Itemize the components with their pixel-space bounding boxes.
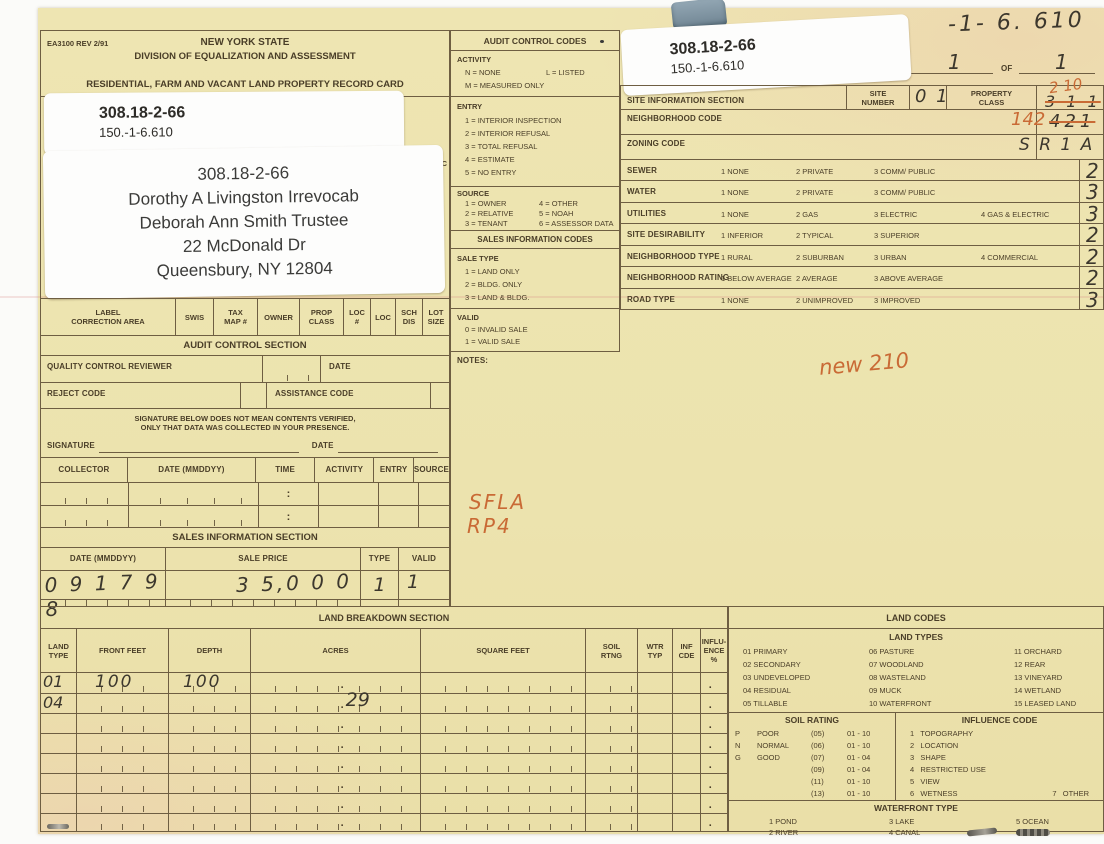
reject-cell: REJECT CODE bbox=[41, 383, 241, 408]
qcr-cell: QUALITY CONTROL REVIEWER bbox=[41, 356, 263, 382]
source-cell bbox=[419, 506, 449, 527]
collector-table: COLLECTOR DATE (MMDDYY) TIME ACTIVITY EN… bbox=[40, 457, 450, 528]
row-option: 4 COMMERCIAL bbox=[981, 253, 1038, 262]
date-cell bbox=[129, 483, 259, 505]
depth-cell bbox=[169, 814, 251, 831]
decimal-point: . bbox=[341, 699, 344, 711]
decimal-point: . bbox=[709, 739, 712, 751]
depth-cell bbox=[169, 734, 251, 753]
influence-cell: . bbox=[701, 734, 727, 753]
state-title: NEW YORK STATE bbox=[41, 37, 449, 48]
row-option: 2 PRIVATE bbox=[796, 188, 833, 197]
divider bbox=[1079, 267, 1080, 287]
divider bbox=[1079, 160, 1080, 180]
soil-cell bbox=[586, 673, 638, 693]
soil-cell: (09) bbox=[811, 765, 824, 774]
row-option: 4 GAS & ELECTRIC bbox=[981, 210, 1049, 219]
acres-cell: . bbox=[251, 794, 421, 813]
influence-code-block: INFLUENCE CODE 1 TOPOGRAPHY 2 LOCATION 3… bbox=[896, 713, 1103, 800]
influence-cell: . bbox=[701, 774, 727, 793]
correction-header-schdis: SCH DIS bbox=[396, 299, 423, 335]
correction-header-taxmap: TAX MAP # bbox=[214, 299, 258, 335]
soil-cell: 01 - 10 bbox=[847, 729, 870, 738]
activity-col: ACTIVITY bbox=[315, 458, 374, 482]
signature-note-box: SIGNATURE BELOW DOES NOT MEAN CONTENTS V… bbox=[40, 408, 450, 458]
zoning-code-row: ZONING CODE S R 1 A bbox=[621, 134, 1103, 159]
activity-cell bbox=[319, 506, 379, 527]
activity-item: L = LISTED bbox=[546, 68, 585, 77]
front-feet-cell bbox=[77, 794, 169, 813]
source-cell bbox=[419, 483, 449, 505]
time-cell: : bbox=[259, 483, 319, 505]
front-feet-cell bbox=[77, 754, 169, 773]
soil-cell: 01 - 04 bbox=[847, 753, 870, 762]
front-feet-cell: 100 bbox=[77, 673, 169, 693]
land-row: 01 100 100 . . bbox=[41, 673, 727, 693]
neighborhood-code-new: 142 bbox=[1011, 109, 1045, 130]
sale-valid-col: VALID bbox=[399, 548, 449, 570]
row-option: 1 NONE bbox=[721, 210, 749, 219]
sales-data-row: 0 9 1 7 9 8 3 5,0 0 0 1 1 bbox=[41, 570, 449, 599]
parcel-id: 308.18-2-66 bbox=[44, 91, 404, 124]
land-type-cell bbox=[41, 814, 77, 831]
soil-cell: (11) bbox=[811, 777, 824, 786]
site-option-row: UTILITIES 1 NONE 2 GAS 3 ELECTRIC 4 GAS … bbox=[621, 202, 1103, 223]
col-label: CORRECTION AREA bbox=[71, 317, 144, 326]
soil-rtng-col: SOIL RTNG bbox=[586, 629, 638, 672]
acres-cell: . bbox=[251, 774, 421, 793]
row-option: 2 GAS bbox=[796, 210, 818, 219]
sale-type-item: 3 = LAND & BLDG. bbox=[465, 293, 529, 302]
decimal-point: . bbox=[341, 739, 344, 751]
col-label: TAX bbox=[228, 308, 242, 317]
soil-cell bbox=[586, 714, 638, 733]
acres-cell: . bbox=[251, 754, 421, 773]
land-types-title: LAND TYPES bbox=[729, 629, 1103, 644]
soil-cell bbox=[586, 734, 638, 753]
acres-cell: . bbox=[251, 673, 421, 693]
card-number-value: 1 bbox=[948, 50, 961, 74]
valid-label: VALID bbox=[457, 313, 479, 322]
valid-item: 0 = INVALID SALE bbox=[465, 325, 528, 334]
signature-date-label: DATE bbox=[312, 441, 334, 450]
qcr-date-cell: DATE bbox=[321, 356, 449, 382]
entry-item: 1 = INTERIOR INSPECTION bbox=[465, 116, 561, 125]
decimal-point: . bbox=[341, 679, 344, 691]
wtr-cell bbox=[638, 694, 673, 713]
label-line: INFLU- bbox=[702, 637, 727, 646]
sale-date-col: DATE (MMDDYY) bbox=[41, 548, 166, 570]
col-label: MAP # bbox=[224, 317, 247, 326]
row-option: 3 IMPROVED bbox=[874, 296, 920, 305]
label-line: CDE bbox=[679, 651, 695, 660]
activity-label: ACTIVITY bbox=[457, 55, 491, 64]
land-types-block: LAND TYPES 01 PRIMARY 02 SECONDARY 03 UN… bbox=[729, 629, 1103, 713]
row-option: 2 SUBURBAN bbox=[796, 253, 844, 262]
decimal-point: . bbox=[709, 719, 712, 731]
label-line: INF bbox=[680, 642, 692, 651]
row-value: 3 bbox=[1086, 202, 1099, 226]
site-info-title: SITE INFORMATION SECTION bbox=[627, 96, 744, 106]
soil-rating-block: SOIL RATING PPOOR(05)01 - 10 NNORMAL(06)… bbox=[729, 713, 896, 800]
influence-cell: . bbox=[701, 754, 727, 773]
site-info-panel: SITE INFORMATION SECTION SITE NUMBER 0 1… bbox=[620, 85, 1104, 310]
land-type-item: 13 VINEYARD bbox=[1014, 673, 1062, 682]
inf-cell bbox=[673, 794, 701, 813]
influence-item: 6 WETNESS bbox=[910, 789, 958, 798]
acres-col: ACRES bbox=[251, 629, 421, 672]
parcel-alt-id: 150.-1-6.610 bbox=[44, 121, 404, 141]
neighborhood-code-label: NEIGHBORHOOD CODE bbox=[627, 114, 722, 124]
acres-cell: . bbox=[251, 714, 421, 733]
soil-cell: (06) bbox=[811, 741, 824, 750]
collector-header-row: COLLECTOR DATE (MMDDYY) TIME ACTIVITY EN… bbox=[41, 458, 449, 482]
influence-item: 1 TOPOGRAPHY bbox=[910, 729, 973, 738]
site-option-row: NEIGHBORHOOD TYPE 1 RURAL 2 SUBURBAN 3 U… bbox=[621, 245, 1103, 266]
square-feet-cell bbox=[421, 734, 586, 753]
row-value: 2 bbox=[1086, 223, 1099, 247]
land-breakdown-title: LAND BREAKDOWN SECTION bbox=[41, 607, 727, 629]
land-row: 04 . 29 . bbox=[41, 693, 727, 713]
collector-col: COLLECTOR bbox=[41, 458, 128, 482]
depth-cell bbox=[169, 794, 251, 813]
wtr-cell bbox=[638, 754, 673, 773]
waterfront-item: 1 POND bbox=[769, 817, 797, 826]
land-type-item: 12 REAR bbox=[1014, 660, 1045, 669]
correction-header-propclass: PROP CLASS bbox=[300, 299, 344, 335]
date-cell bbox=[129, 506, 259, 527]
decimal-point: . bbox=[341, 817, 344, 829]
sale-type-codes: SALE TYPE 1 = LAND ONLY 2 = BLDG. ONLY 3… bbox=[451, 249, 619, 309]
row-option: 1 NONE bbox=[721, 188, 749, 197]
entry-col: ENTRY bbox=[374, 458, 413, 482]
activity-item: M = MEASURED ONLY bbox=[465, 81, 544, 90]
front-feet-cell bbox=[77, 774, 169, 793]
notes-label: NOTES: bbox=[457, 356, 488, 366]
entry-codes: ENTRY 1 = INTERIOR INSPECTION 2 = INTERI… bbox=[451, 97, 619, 187]
sale-valid-value: 1 bbox=[399, 571, 449, 599]
site-option-row: ROAD TYPE 1 NONE 2 UNIMPROVED 3 IMPROVED… bbox=[621, 288, 1103, 309]
sale-type-item: 2 = BLDG. ONLY bbox=[465, 280, 522, 289]
influence-cell: . bbox=[701, 794, 727, 813]
wtr-cell bbox=[638, 774, 673, 793]
row-option: 3 ABOVE AVERAGE bbox=[874, 274, 943, 283]
influence-cell: . bbox=[701, 694, 727, 713]
quality-control-row: QUALITY CONTROL REVIEWER DATE bbox=[40, 355, 450, 383]
influence-item-other: 7 OTHER bbox=[1052, 789, 1089, 798]
acres-cell: . bbox=[251, 734, 421, 753]
row-label: NEIGHBORHOOD TYPE bbox=[627, 252, 720, 262]
sales-section-title: SALES INFORMATION SECTION bbox=[40, 527, 450, 548]
decimal-point: . bbox=[341, 719, 344, 731]
label-line: SITE bbox=[870, 89, 887, 98]
decimal-point: . bbox=[709, 699, 712, 711]
audit-control-section-title: AUDIT CONTROL SECTION bbox=[40, 335, 450, 356]
divider bbox=[1036, 86, 1037, 109]
correction-header-swis: SWIS bbox=[176, 299, 214, 335]
assistance-cell: ASSISTANCE CODE bbox=[267, 383, 431, 408]
row-label: WATER bbox=[627, 187, 656, 197]
land-type-item: 07 WOODLAND bbox=[869, 660, 924, 669]
label-line: NUMBER bbox=[862, 98, 895, 107]
col-label: PROP bbox=[311, 308, 332, 317]
wtr-cell bbox=[638, 673, 673, 693]
land-breakdown-panel: LAND BREAKDOWN SECTION LAND TYPE FRONT F… bbox=[40, 606, 728, 832]
land-type-cell bbox=[41, 774, 77, 793]
soil-cell: GOOD bbox=[757, 753, 780, 762]
land-type-item: 09 MUCK bbox=[869, 686, 902, 695]
influence-cell: . bbox=[701, 814, 727, 831]
inf-cell bbox=[673, 774, 701, 793]
row-option: 1 NONE bbox=[721, 296, 749, 305]
notes-handwriting-new210: new 210 bbox=[818, 348, 910, 380]
soil-cell bbox=[586, 774, 638, 793]
soil-cell bbox=[586, 794, 638, 813]
acres-cell: . bbox=[251, 814, 421, 831]
label-correction-row: LABEL CORRECTION AREA SWIS TAX MAP # OWN… bbox=[40, 298, 450, 336]
waterfront-block: WATERFRONT TYPE 1 POND 2 RIVER 3 LAKE 4 … bbox=[729, 801, 1103, 831]
label-line: PROPERTY bbox=[971, 89, 1012, 98]
divider bbox=[1079, 181, 1080, 201]
correction-header-lotsize: LOT SIZE bbox=[423, 299, 449, 335]
signature-line bbox=[99, 452, 299, 453]
front-feet-cell bbox=[77, 714, 169, 733]
waterfront-title: WATERFRONT TYPE bbox=[729, 801, 1103, 813]
activity-item: N = NONE bbox=[465, 68, 501, 77]
waterfront-item: 5 OCEAN bbox=[1016, 817, 1049, 826]
land-row-empty: .. bbox=[41, 813, 727, 831]
land-codes-panel: LAND CODES LAND TYPES 01 PRIMARY 02 SECO… bbox=[728, 606, 1104, 832]
sales-header-row: DATE (MMDDYY) SALE PRICE TYPE VALID bbox=[41, 548, 449, 570]
land-type-cell bbox=[41, 714, 77, 733]
correction-header-loc: LOC bbox=[371, 299, 396, 335]
row-value: 3 bbox=[1086, 180, 1099, 204]
neighborhood-code-old: 421 bbox=[1049, 111, 1095, 132]
row-value: 3 bbox=[1086, 288, 1099, 312]
mailing-line: Dorothy A Livingston Irrevocab bbox=[128, 184, 359, 212]
influence-item: 5 VIEW bbox=[910, 777, 940, 786]
mailing-line: 22 McDonald Dr bbox=[183, 233, 306, 259]
wtr-cell bbox=[638, 734, 673, 753]
correction-header-locnum: LOC # bbox=[344, 299, 371, 335]
land-type-item: 01 PRIMARY bbox=[743, 647, 787, 656]
land-type-item: 15 LEASED LAND bbox=[1014, 699, 1076, 708]
source-item: 3 = TENANT bbox=[465, 219, 508, 228]
land-type-value: 01 bbox=[41, 673, 77, 693]
label-line: RTNG bbox=[601, 651, 622, 660]
land-type-cell bbox=[41, 734, 77, 753]
mailing-line: 308.18-2-66 bbox=[197, 161, 289, 186]
time-cell: : bbox=[259, 506, 319, 527]
row-option: 2 UNIMPROVED bbox=[796, 296, 853, 305]
row-option: 1 RURAL bbox=[721, 253, 753, 262]
waterfront-item: 4 CANAL bbox=[889, 828, 920, 837]
activity-codes: ACTIVITY N = NONE L = LISTED M = MEASURE… bbox=[451, 51, 619, 97]
square-feet-cell bbox=[421, 814, 586, 831]
square-feet-cell bbox=[421, 754, 586, 773]
decimal-point: . bbox=[709, 759, 712, 771]
land-row-empty: .. bbox=[41, 773, 727, 793]
site-option-row: SEWER 1 NONE 2 PRIVATE 3 COMM/ PUBLIC 2 bbox=[621, 159, 1103, 180]
soil-cell: 01 - 04 bbox=[847, 765, 870, 774]
inf-cell bbox=[673, 754, 701, 773]
label-line: SOIL bbox=[603, 642, 621, 651]
col-label: LOC bbox=[349, 308, 365, 317]
collector-data-row: : bbox=[41, 505, 449, 527]
soil-cell: 01 - 10 bbox=[847, 741, 870, 750]
decimal-point: . bbox=[709, 799, 712, 811]
reject-code-cell bbox=[241, 383, 267, 408]
row-option: 1 BELOW AVERAGE bbox=[721, 274, 792, 283]
entry-cell bbox=[379, 506, 419, 527]
reject-label: REJECT CODE bbox=[47, 389, 106, 399]
entry-item: 2 = INTERIOR REFUSAL bbox=[465, 129, 550, 138]
source-item: 5 = NOAH bbox=[539, 209, 573, 218]
waterfront-item: 2 RIVER bbox=[769, 828, 798, 837]
soil-cell: (13) bbox=[811, 789, 824, 798]
pen-scribble bbox=[967, 827, 997, 836]
row-label: ROAD TYPE bbox=[627, 295, 675, 305]
notes-handwriting-sfla: SFLA bbox=[469, 490, 526, 514]
entry-item: 5 = NO ENTRY bbox=[465, 168, 516, 177]
corner-parcel-handwriting: -1- 6. 610 bbox=[948, 8, 1086, 38]
depth-cell: 100 bbox=[169, 673, 251, 693]
land-type-item: 10 WATERFRONT bbox=[869, 699, 932, 708]
inf-cde-col: INF CDE bbox=[673, 629, 701, 672]
row-option: 3 COMM/ PUBLIC bbox=[874, 167, 935, 176]
decimal-point: . bbox=[709, 679, 712, 691]
row-option: 1 INFERIOR bbox=[721, 231, 763, 240]
source-item: 6 = ASSESSOR DATA bbox=[539, 219, 614, 228]
notes-area: NOTES: new 210 SFLA RP4 bbox=[450, 352, 1104, 606]
inf-cell bbox=[673, 814, 701, 831]
row-option: 3 ELECTRIC bbox=[874, 210, 917, 219]
influence-cell: . bbox=[701, 673, 727, 693]
waterfront-item: 3 LAKE bbox=[889, 817, 914, 826]
assistance-code-cell bbox=[431, 383, 449, 408]
influence-col: INFLU- ENCE % bbox=[701, 629, 727, 672]
land-row-empty: .. bbox=[41, 713, 727, 733]
sale-price-value: 3 5,0 0 0 bbox=[236, 569, 353, 597]
depth-col: DEPTH bbox=[169, 629, 251, 672]
row-option: 3 COMM/ PUBLIC bbox=[874, 188, 935, 197]
mailing-label: 308.18-2-66 Dorothy A Livingston Irrevoc… bbox=[43, 145, 445, 299]
zoning-code-label: ZONING CODE bbox=[627, 139, 685, 149]
activity-cell bbox=[319, 483, 379, 505]
card-of-row: D 1 OF 1 bbox=[893, 52, 1104, 78]
division-title: DIVISION OF EQUALIZATION AND ASSESSMENT bbox=[41, 51, 449, 62]
source-col: SOURCE bbox=[414, 458, 449, 482]
square-feet-col: SQUARE FEET bbox=[421, 629, 586, 672]
entry-cell bbox=[379, 483, 419, 505]
wtr-cell bbox=[638, 794, 673, 813]
land-type-item: 08 WASTELAND bbox=[869, 673, 926, 682]
land-type-item: 11 ORCHARD bbox=[1014, 647, 1062, 656]
decimal-point: . bbox=[709, 817, 712, 829]
site-option-row: SITE DESIRABILITY 1 INFERIOR 2 TYPICAL 3… bbox=[621, 223, 1103, 244]
collector-data-row: : bbox=[41, 482, 449, 505]
wtr-cell bbox=[638, 714, 673, 733]
front-feet-cell bbox=[77, 814, 169, 831]
soil-cell: N bbox=[735, 741, 740, 750]
col-label: # bbox=[355, 317, 359, 326]
front-feet-cell bbox=[77, 694, 169, 713]
row-option: 2 PRIVATE bbox=[796, 167, 833, 176]
decimal-point: . bbox=[341, 779, 344, 791]
row-option: 3 URBAN bbox=[874, 253, 907, 262]
pen-smudge bbox=[47, 824, 69, 829]
zoning-code-value: S R 1 A bbox=[1019, 135, 1094, 155]
property-class-label: PROPERTY CLASS bbox=[947, 86, 1036, 109]
front-feet-value: 100 bbox=[95, 672, 133, 692]
soil-cell: POOR bbox=[757, 729, 779, 738]
entry-label: ENTRY bbox=[457, 102, 482, 111]
soil-cell bbox=[586, 754, 638, 773]
correction-header-label: LABEL CORRECTION AREA bbox=[41, 299, 176, 335]
sale-type-value: 1 bbox=[361, 571, 399, 599]
col-label: LOT bbox=[429, 308, 444, 317]
signature-note-1: SIGNATURE BELOW DOES NOT MEAN CONTENTS V… bbox=[41, 409, 449, 423]
source-item: 1 = OWNER bbox=[465, 199, 506, 208]
sale-date-cell: 0 9 1 7 9 8 bbox=[41, 571, 166, 599]
inf-cell bbox=[673, 714, 701, 733]
wtr-typ-col: WTR TYP bbox=[638, 629, 673, 672]
qcr-code-cell bbox=[263, 356, 321, 382]
col-label: SCH bbox=[401, 308, 417, 317]
row-option: 1 NONE bbox=[721, 167, 749, 176]
row-label: NEIGHBORHOOD RATING bbox=[627, 273, 729, 283]
row-label: SITE DESIRABILITY bbox=[627, 230, 705, 240]
land-type-cell bbox=[41, 794, 77, 813]
collector-cell bbox=[41, 506, 129, 527]
divider bbox=[909, 86, 910, 109]
sale-price-col: SALE PRICE bbox=[166, 548, 361, 570]
signature-date-line bbox=[338, 452, 438, 453]
soil-cell bbox=[586, 814, 638, 831]
influence-cell: . bbox=[701, 714, 727, 733]
land-type-item: 03 UNDEVELOPED bbox=[743, 673, 810, 682]
correction-header-owner: OWNER bbox=[258, 299, 300, 335]
depth-value: 100 bbox=[183, 672, 221, 692]
notes-handwriting-rp4: RP4 bbox=[467, 514, 512, 538]
label-line: LAND bbox=[48, 642, 69, 651]
time-col: TIME bbox=[256, 458, 315, 482]
soil-influence-block: SOIL RATING PPOOR(05)01 - 10 NNORMAL(06)… bbox=[729, 713, 1103, 801]
square-feet-cell bbox=[421, 714, 586, 733]
square-feet-cell bbox=[421, 694, 586, 713]
date-label: DATE bbox=[329, 362, 351, 372]
entry-item: 3 = TOTAL REFUSAL bbox=[465, 142, 537, 151]
signature-label: SIGNATURE bbox=[47, 441, 95, 450]
land-type-value: 04 bbox=[41, 694, 77, 713]
inf-cell bbox=[673, 734, 701, 753]
square-feet-cell bbox=[421, 673, 586, 693]
mailing-line: Deborah Ann Smith Trustee bbox=[139, 208, 348, 235]
reject-row: REJECT CODE ASSISTANCE CODE bbox=[40, 382, 450, 409]
label-line: TYP bbox=[648, 651, 663, 660]
influence-item: 3 SHAPE bbox=[910, 753, 946, 762]
source-label: SOURCE bbox=[457, 189, 489, 198]
land-type-item: 05 TILLABLE bbox=[743, 699, 787, 708]
row-option: 2 AVERAGE bbox=[796, 274, 838, 283]
row-value: 2 bbox=[1086, 159, 1099, 183]
soil-rating-title: SOIL RATING bbox=[729, 713, 895, 727]
site-option-row: WATER 1 NONE 2 PRIVATE 3 COMM/ PUBLIC 3 bbox=[621, 180, 1103, 201]
row-label: SEWER bbox=[627, 166, 657, 176]
sale-type-label: SALE TYPE bbox=[457, 254, 499, 263]
soil-cell: 01 - 10 bbox=[847, 789, 870, 798]
date-col: DATE (MMDDYY) bbox=[128, 458, 256, 482]
